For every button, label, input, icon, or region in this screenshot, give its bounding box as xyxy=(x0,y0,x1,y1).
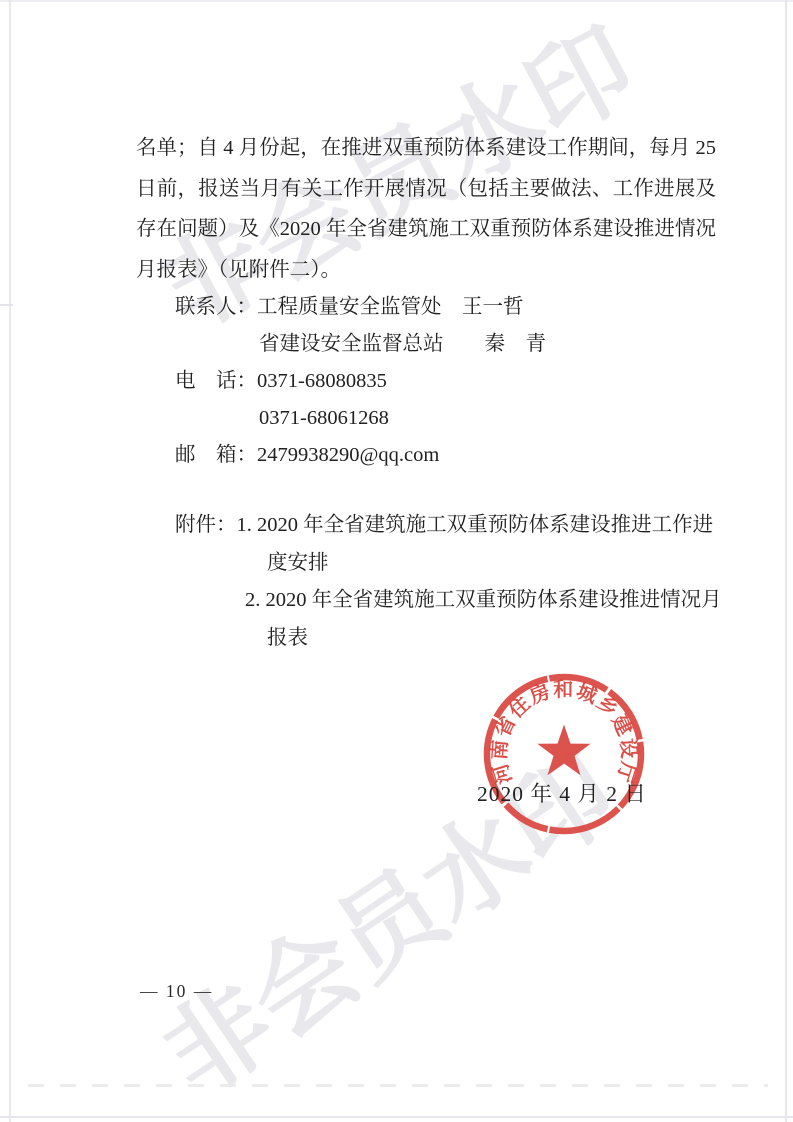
issue-date: 2020 年 4 月 2 日 xyxy=(477,777,647,808)
contact-person-line: 联系人：工程质量安全监管处 王一哲 xyxy=(175,289,546,326)
scan-edge-top xyxy=(0,0,793,2)
contact-phone-line: 电 话：0371-68080835 xyxy=(175,363,546,400)
scan-edge-left xyxy=(9,0,11,1122)
scan-mark xyxy=(0,304,13,306)
document-page: 非会员水印 非会员水印 名单；自 4 月份起，在推进双重预防体系建设工作期间，每… xyxy=(0,0,793,1122)
attachments-block: 附件：1. 2020 年全省建筑施工双重预防体系建设推进工作进 度安排 2. 2… xyxy=(175,507,722,657)
contact-email-line: 邮 箱：2479938290@qq.com xyxy=(175,437,546,474)
scan-edge-bottom xyxy=(0,1116,793,1118)
paragraph-line: 存在问题）及《2020 年全省建筑施工双重预防体系建设推进情况 xyxy=(136,209,716,250)
official-seal: 河南省住房和城乡建设厅 xyxy=(476,666,652,842)
attachment-line: 附件：1. 2020 年全省建筑施工双重预防体系建设推进工作进 xyxy=(175,507,722,545)
paragraph-line: 日前，报送当月有关工作开展情况（包括主要做法、工作进展及 xyxy=(136,169,716,210)
attachment-line: 2. 2020 年全省建筑施工双重预防体系建设推进情况月 xyxy=(175,582,722,620)
seal-graphic: 河南省住房和城乡建设厅 xyxy=(476,666,652,842)
attachment-line: 度安排 xyxy=(175,545,722,583)
scan-dotted-line xyxy=(28,1084,768,1087)
body-paragraph: 名单；自 4 月份起，在推进双重预防体系建设工作期间，每月 25 日前，报送当月… xyxy=(136,128,716,290)
paragraph-line: 名单；自 4 月份起，在推进双重预防体系建设工作期间，每月 25 xyxy=(136,128,716,169)
contact-block: 联系人：工程质量安全监管处 王一哲 省建设安全监督总站 秦 青 电 话：0371… xyxy=(175,289,546,474)
seal-star-icon xyxy=(537,725,590,776)
paragraph-line: 月报表》（见附件二）。 xyxy=(136,250,716,291)
attachment-line: 报表 xyxy=(175,620,722,658)
page-number: — 10 — xyxy=(140,981,213,1002)
contact-person-line-2: 省建设安全监督总站 秦 青 xyxy=(175,326,546,363)
scan-edge-right xyxy=(785,0,787,1122)
contact-phone-line-2: 0371-68061268 xyxy=(175,400,546,437)
